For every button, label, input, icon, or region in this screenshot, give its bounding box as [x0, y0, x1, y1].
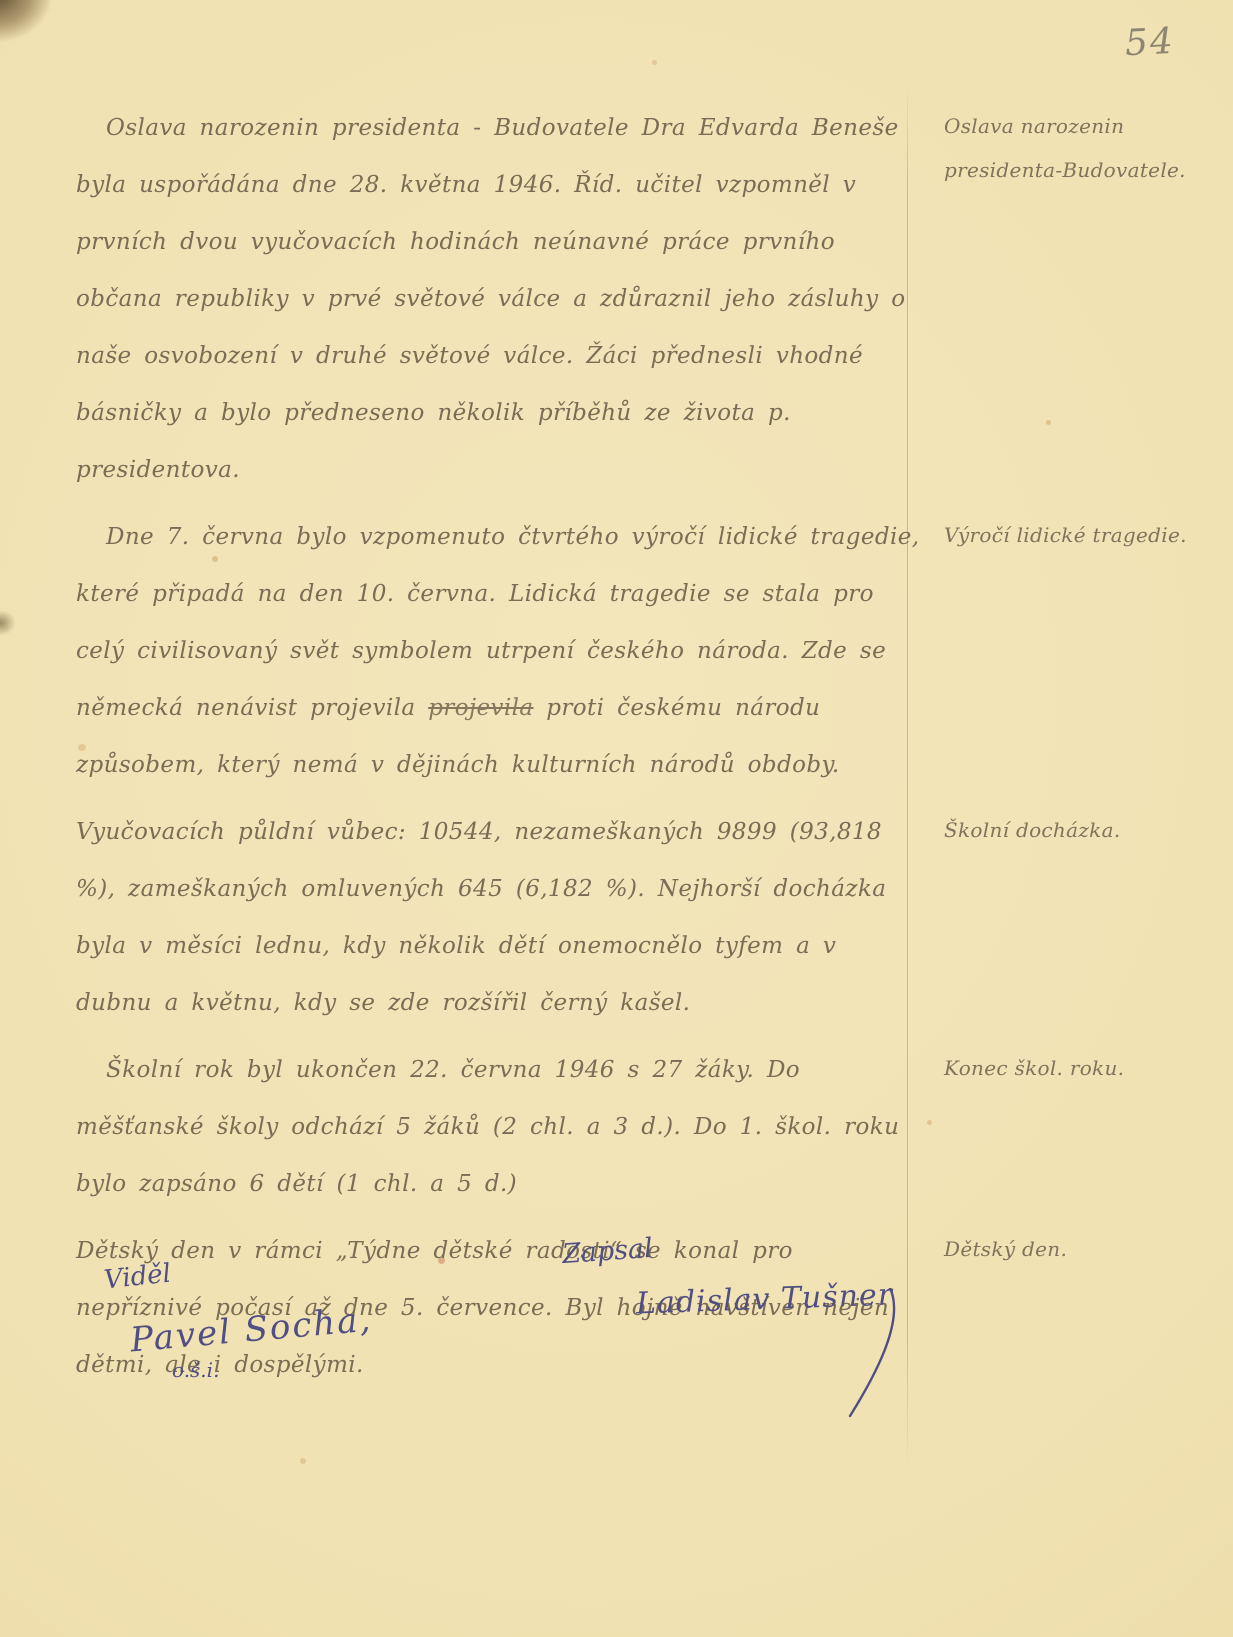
paper-stain — [0, 610, 16, 636]
inspector-abbreviation: o.š.i. — [172, 1358, 219, 1382]
chronicle-text: Oslava narozenin presidenta - Budovatele… — [76, 100, 1196, 1404]
chronicle-entry-school-year-end: Školní rok byl ukončen 22. června 1946 s… — [76, 1042, 1196, 1213]
margin-note: Oslava narozenin presidenta-Budovatele. — [944, 104, 1194, 192]
entry-text: Vyučovacích půldní vůbec: 10544, nezameš… — [76, 804, 920, 1032]
chronicle-entry-birthday-celebration: Oslava narozenin presidenta - Budovatele… — [76, 100, 1196, 499]
entry-text-before: Dne 7. června bylo vzpomenuto čtvrtého v… — [76, 524, 919, 721]
entry-text: Školní rok byl ukončen 22. června 1946 s… — [76, 1042, 920, 1213]
seen-by-label: Viděl — [103, 1259, 173, 1296]
struck-word: projevila — [428, 695, 533, 721]
margin-note: Školní docházka. — [944, 808, 1194, 852]
chronicle-entry-lidice-anniversary: Dne 7. června bylo vzpomenuto čtvrtého v… — [76, 509, 1196, 794]
signature-flourish — [820, 1288, 910, 1418]
margin-note: Konec škol. roku. — [944, 1046, 1194, 1090]
entry-text: Oslava narozenin presidenta - Budovatele… — [76, 100, 920, 499]
signature-area: Zapsal Ladislav Tušner Viděl Pavel Socha… — [0, 1230, 1233, 1550]
chronicle-page: 54 Oslava narozenin presidenta - Budovat… — [0, 0, 1233, 1637]
paper-stain — [0, 0, 52, 42]
paper-speck — [652, 60, 657, 65]
signature-pavel-socha: Pavel Socha, — [129, 1300, 374, 1361]
entry-text: Dne 7. června bylo vzpomenuto čtvrtého v… — [76, 509, 920, 794]
page-number: 54 — [1124, 21, 1176, 65]
chronicle-entry-attendance: Vyučovacích půldní vůbec: 10544, nezameš… — [76, 804, 1196, 1032]
recorded-by-label: Zapsal — [561, 1233, 654, 1270]
margin-note: Výročí lidické tragedie. — [944, 513, 1194, 557]
